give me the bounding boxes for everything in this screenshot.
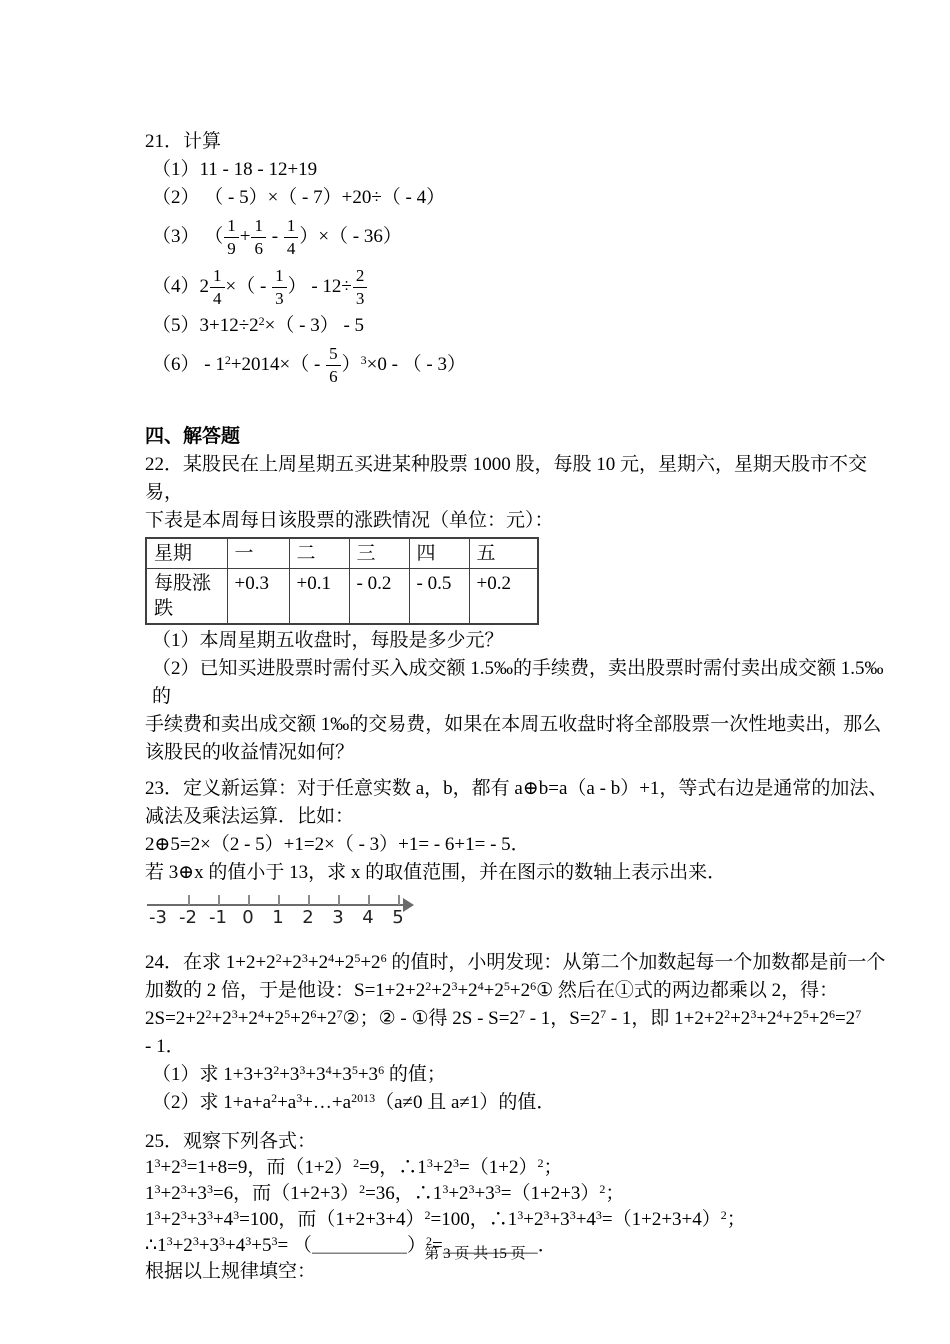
p21-item-6: （6） - 12+2014×（ - 56）3×0 - （ - 3） [145, 340, 890, 390]
p22-line-2: 下表是本周每日该股票的涨跌情况（单位：元）： [145, 507, 890, 535]
superscript: 2 [599, 1182, 605, 1196]
p25-line-4: 13+23+33+43=100，而（1+2+3+4）2=100，∴13+23+3… [145, 1207, 890, 1233]
page-content: 21．计算 （1）11 - 18 - 12+19 （2） （ - 5）×（ - … [145, 128, 890, 1285]
number-line-tick [368, 895, 370, 905]
superscript: 2013 [351, 1091, 375, 1105]
table-row-label-cell: 每股涨跌 [146, 569, 227, 625]
problem-21-title: 21．计算 [145, 128, 890, 156]
fraction: 16 [251, 216, 266, 259]
superscript: 3 [517, 1208, 523, 1222]
fraction-denominator: 6 [326, 366, 341, 387]
fraction-denominator: 4 [284, 238, 299, 259]
fraction-numerator: 1 [224, 216, 239, 238]
number-line-label: 4 [362, 907, 373, 928]
fraction-numerator: 1 [284, 216, 299, 238]
table-header-cell: 三 [349, 538, 409, 569]
superscript: 3 [427, 1156, 433, 1170]
superscript: 3 [570, 1208, 576, 1222]
table-header-cell: 四 [409, 538, 469, 569]
superscript: 7 [600, 1007, 606, 1021]
table-value-row: 每股涨跌 +0.3 +0.1 - 0.2 - 0.5 +0.2 [146, 569, 538, 625]
superscript: 7 [519, 1007, 525, 1021]
number-line-tick [188, 895, 190, 905]
fraction-denominator: 9 [224, 238, 239, 259]
fraction: 14 [284, 216, 299, 259]
superscript: 3 [299, 1063, 305, 1077]
p21-item-4: （4）214×（ - 13） - 12÷23 [145, 262, 890, 312]
superscript: 3 [302, 951, 308, 965]
fraction-denominator: 4 [210, 288, 225, 309]
superscript: 6 [530, 979, 536, 993]
fraction-numerator: 1 [272, 266, 287, 288]
p23-line-1: 23．定义新运算：对于任意实数 a，b，都有 a⊕b=a（a - b）+1，等式… [145, 775, 890, 803]
table-header-cell: 星期 [146, 538, 227, 569]
p21-item-2: （2） （ - 5）×（ - 7）+20÷（ - 4） [145, 184, 890, 212]
superscript: 2 [724, 1007, 730, 1021]
fraction-numerator: 2 [353, 266, 368, 288]
number-line-label: 5 [392, 907, 403, 928]
p23-line-4: 若 3⊕x 的值小于 13，求 x 的取值范围，并在图示的数轴上表示出来． [145, 859, 890, 887]
number-line-tick [398, 895, 400, 905]
superscript: 5 [352, 1063, 358, 1077]
fraction-denominator: 3 [353, 288, 368, 309]
superscript: 3 [596, 1208, 602, 1222]
superscript: 3 [233, 1208, 239, 1222]
fraction: 19 [224, 216, 239, 259]
superscript: 2 [206, 1007, 212, 1021]
superscript: 6 [310, 1007, 316, 1021]
superscript: 2 [225, 353, 231, 367]
superscript: 4 [478, 979, 484, 993]
number-line-tick [248, 895, 250, 905]
number-line-label: 0 [242, 907, 253, 928]
superscript: 6 [829, 1007, 835, 1021]
stock-table: 星期 一 二 三 四 五 每股涨跌 +0.3 +0.1 - 0.2 - 0.5 … [145, 537, 539, 625]
p24-line-3: 2S=2+22+23+24+25+26+27②；② - ①得 2S - S=27… [145, 1005, 890, 1033]
superscript: 3 [155, 1156, 161, 1170]
p23-line-3: 2⊕5=2×（2 - 5）+1=2×（ - 3）+1= - 6+1= - 5． [145, 831, 890, 859]
superscript: 2 [359, 1182, 365, 1196]
fraction: 23 [353, 266, 368, 309]
superscript: 4 [258, 1007, 264, 1021]
p21-item-1: （1）11 - 18 - 12+19 [145, 156, 890, 184]
superscript: 3 [181, 1156, 187, 1170]
p22-question-2-line-2: 手续费和卖出成交额 1‰的交易费，如果在本周五收盘时将全部股票一次性地卖出，那么 [145, 711, 890, 739]
superscript: 3 [155, 1208, 161, 1222]
superscript: 3 [442, 1182, 448, 1196]
p24-line-4: - 1． [145, 1033, 890, 1061]
number-line: -3-2-1012345 [147, 891, 437, 937]
fraction-denominator: 3 [272, 288, 287, 309]
fraction-numerator: 5 [326, 344, 341, 366]
problem-22: 22．某股民在上周星期五买进某种股票 1000 股，每股 10 元，星期六，星期… [145, 451, 890, 767]
superscript: 2 [537, 1156, 543, 1170]
superscript: 3 [232, 1007, 238, 1021]
superscript: 3 [296, 1091, 302, 1105]
superscript: 2 [353, 1156, 359, 1170]
problem-24: 24．在求 1+2+22+23+24+25+26 的值时，小明发现：从第二个加数… [145, 949, 890, 1117]
table-value-cell: +0.1 [289, 569, 349, 625]
superscript: 3 [451, 979, 457, 993]
section-4-header: 四、解答题 [145, 423, 890, 451]
p24-question-1: （1）求 1+3+32+33+34+35+36 的值； [145, 1061, 890, 1089]
superscript: 2 [259, 314, 265, 328]
p22-question-1: （1）本周星期五收盘时，每股是多少元？ [145, 627, 890, 655]
problem-23: 23．定义新运算：对于任意实数 a，b，都有 a⊕b=a（a - b）+1，等式… [145, 775, 890, 937]
p25-line-3: 13+23+33=6，而（1+2+3）2=36，∴13+23+33=（1+2+3… [145, 1181, 890, 1207]
superscript: 3 [207, 1182, 213, 1196]
superscript: 3 [469, 1182, 475, 1196]
number-line-tick [218, 895, 220, 905]
table-header-row: 星期 一 二 三 四 五 [146, 538, 538, 569]
superscript: 3 [181, 1208, 187, 1222]
superscript: 4 [326, 1063, 332, 1077]
document-page: { "page": { "footer": "第 3 页 共 15 页" }, … [0, 0, 950, 1344]
superscript: 6 [381, 951, 387, 965]
table-header-cell: 五 [469, 538, 538, 569]
fraction: 13 [272, 266, 287, 309]
superscript: 3 [155, 1182, 161, 1196]
superscript: 5 [284, 1007, 290, 1021]
superscript: 3 [361, 353, 367, 367]
p22-question-2-line-3: 该股民的收益情况如何？ [145, 739, 890, 767]
superscript: 2 [271, 1091, 277, 1105]
table-value-cell: +0.3 [227, 569, 289, 625]
number-line-label: -1 [209, 907, 227, 928]
superscript: 3 [750, 1007, 756, 1021]
superscript: 3 [453, 1156, 459, 1170]
superscript: 5 [354, 951, 360, 965]
table-value-cell: +0.2 [469, 569, 538, 625]
number-line-label: -2 [179, 907, 197, 928]
p24-line-2: 加数的 2 倍，于是他设：S=1+2+22+23+24+25+26① 然后在①式… [145, 977, 890, 1005]
p23-line-2: 减法及乘法运算．比如： [145, 803, 890, 831]
superscript: 5 [803, 1007, 809, 1021]
superscript: 2 [425, 1208, 431, 1222]
fraction-numerator: 1 [251, 216, 266, 238]
number-line-tick [308, 895, 310, 905]
number-line-tick [278, 895, 280, 905]
fraction: 14 [210, 266, 225, 309]
number-line-label: 2 [302, 907, 313, 928]
p22-question-2-line-1: （2）已知买进股票时需付买入成交额 1.5‰的手续费，卖出股票时需付卖出成交额 … [145, 655, 890, 711]
table-value-cell: - 0.5 [409, 569, 469, 625]
superscript: 2 [721, 1208, 727, 1222]
superscript: 2 [273, 1063, 279, 1077]
p21-item-5: （5）3+12÷22×（ - 3） - 5 [145, 312, 890, 340]
table-header-cell: 二 [289, 538, 349, 569]
table-header-cell: 一 [227, 538, 289, 569]
number-line-tick [338, 895, 340, 905]
p25-line-2: 13+23=1+8=9，而（1+2）2=9，∴13+23=（1+2）2； [145, 1155, 890, 1181]
superscript: 2 [425, 979, 431, 993]
p24-line-1: 24．在求 1+2+22+23+24+25+26 的值时，小明发现：从第二个加数… [145, 949, 890, 977]
number-line-label: 3 [332, 907, 343, 928]
problem-21: 21．计算 （1）11 - 18 - 12+19 （2） （ - 5）×（ - … [145, 128, 890, 390]
fraction-denominator: 6 [251, 238, 266, 259]
superscript: 3 [181, 1182, 187, 1196]
superscript: 4 [328, 951, 334, 965]
superscript: 3 [543, 1208, 549, 1222]
number-line-label: -3 [149, 907, 167, 928]
superscript: 6 [378, 1063, 384, 1077]
superscript: 3 [207, 1208, 213, 1222]
table-value-cell: - 0.2 [349, 569, 409, 625]
superscript: 4 [777, 1007, 783, 1021]
fraction-numerator: 1 [210, 266, 225, 288]
superscript: 3 [495, 1182, 501, 1196]
superscript: 2 [276, 951, 282, 965]
fraction: 56 [326, 344, 341, 387]
number-line-label: 1 [272, 907, 283, 928]
page-number-footer: 第 3 页 共 15 页 [0, 1242, 950, 1263]
superscript: 5 [504, 979, 510, 993]
p22-line-1: 22．某股民在上周星期五买进某种股票 1000 股，每股 10 元，星期六，星期… [145, 451, 890, 507]
superscript: 7 [337, 1007, 343, 1021]
p25-title: 25．观察下列各式： [145, 1129, 890, 1155]
p21-item-3: （3） （19+16 - 14）×（ - 36） [145, 212, 890, 262]
p24-question-2: （2）求 1+a+a2+a3+…+a2013（a≠0 且 a≠1）的值． [145, 1089, 890, 1117]
number-line-arrow-icon [403, 898, 414, 912]
superscript: 7 [855, 1007, 861, 1021]
